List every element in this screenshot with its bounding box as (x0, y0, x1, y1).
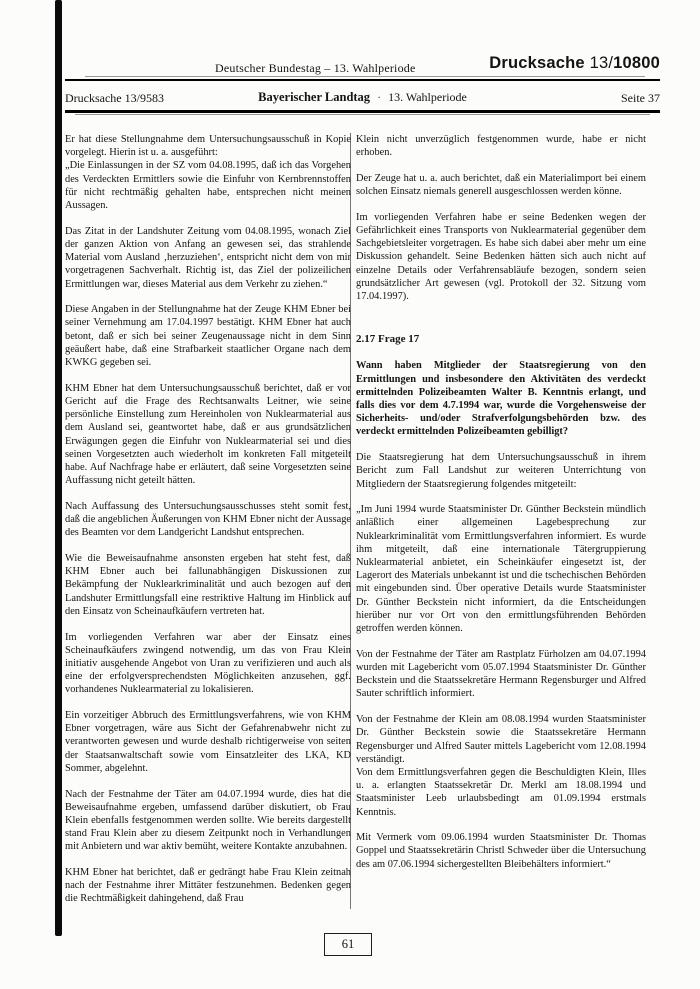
paragraph-quote: Mit Vermerk vom 09.06.1994 wurden Staats… (356, 831, 646, 871)
question-text: Wann haben Mitglieder der Staatsregierun… (356, 359, 646, 438)
scanned-document-page: Deutscher Bundestag – 13. Wahlperiode Dr… (0, 0, 700, 989)
paragraph: Im vorliegenden Verfahren war aber der E… (65, 631, 351, 697)
paragraph: Ein vorzeitiger Abbruch des Ermittlungsv… (65, 709, 351, 775)
paragraph-quote: Das Zitat in der Landshuter Zeitung vom … (65, 225, 351, 291)
right-text-column: Klein nicht unverzüglich festgenommen wu… (356, 133, 646, 883)
paragraph: Von der Festnahme der Klein am 08.08.199… (356, 713, 646, 766)
paragraph: Der Zeuge hat u. a. auch berichtet, daß … (356, 172, 646, 198)
paragraph: Klein nicht unverzüglich festgenommen wu… (356, 133, 646, 159)
paragraph: Er hat diese Stellungnahme dem Untersuch… (65, 133, 351, 159)
header-rule-top-ghost (85, 76, 645, 77)
paragraph: Die Staatsregierung hat dem Untersuchung… (356, 451, 646, 491)
drucksache-label: Drucksache (489, 54, 589, 72)
left-text-column: Er hat diese Stellungnahme dem Untersuch… (65, 133, 351, 918)
landtag-name: Bayerischer Landtag (258, 90, 370, 104)
dot-separator: · (370, 90, 388, 104)
section-heading-frage-17: 2.17 Frage 17 (356, 333, 646, 346)
header-drucksache-number: Drucksache 13/10800 (489, 54, 660, 73)
header-parliament-line: Deutscher Bundestag – 13. Wahlperiode (215, 61, 416, 76)
paragraph: Nach der Festnahme der Täter am 04.07.19… (65, 788, 351, 854)
paragraph: Diese Angaben in der Stellungnahme hat d… (65, 303, 351, 369)
paragraph: Von dem Ermittlungsverfahren gegen die B… (356, 766, 646, 819)
paragraph: KHM Ebner hat dem Untersuchungsausschuß … (65, 382, 351, 488)
header-page-label: Seite 37 (621, 91, 660, 106)
page-number: 61 (342, 937, 355, 952)
paragraph: Wie die Beweisaufnahme ansonsten ergeben… (65, 552, 351, 618)
paragraph-quote: „Die Einlassungen in der SZ vom 04.08.19… (65, 159, 351, 212)
photocopy-edge-artifact (55, 0, 62, 936)
paragraph: Von der Festnahme der Täter am Rastplatz… (356, 648, 646, 701)
paragraph: KHM Ebner hat berichtet, daß er gedrängt… (65, 866, 351, 906)
paragraph-quote: „Im Juni 1994 wurde Staatsminister Dr. G… (356, 503, 646, 635)
header-rule-top (65, 79, 660, 81)
header-rule-bottom-ghost (75, 114, 650, 115)
drucksache-series: 13/ (590, 54, 614, 72)
page-number-box: 61 (324, 933, 372, 956)
drucksache-doc-number: 10800 (613, 54, 660, 72)
wahlperiode-label: 13. Wahlperiode (388, 90, 467, 104)
paragraph: Im vorliegenden Verfahren habe er seine … (356, 211, 646, 303)
paragraph: Nach Auffassung des Untersuchungsausschu… (65, 500, 351, 540)
header-rule-bottom (65, 110, 660, 113)
header-landtag-line: Bayerischer Landtag·13. Wahlperiode (65, 90, 660, 105)
